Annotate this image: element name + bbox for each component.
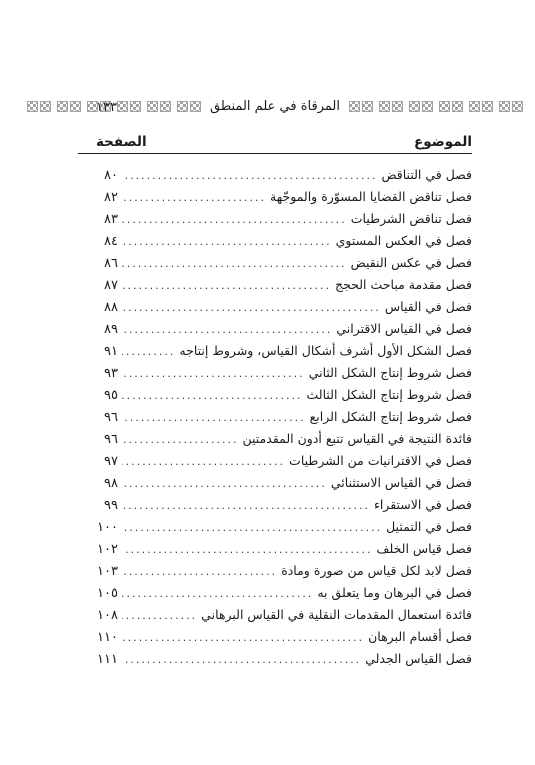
entry-title: فصل في الاستقراء — [374, 494, 472, 515]
entry-title: فصل في القياس الاستثنائي — [331, 472, 472, 493]
toc-entry: فصل شروط إنتاج الشكل الرابع.............… — [78, 406, 472, 428]
entry-page-number: ٨٢ — [78, 187, 118, 208]
entry-title: فائدة استعمال المقدمات النقلية في القياس… — [201, 604, 472, 625]
checkered-square-ornament-icon — [482, 101, 493, 112]
checkered-square-ornament-icon — [499, 101, 510, 112]
masthead: ١٣٣ المرقاة في علم المنطق — [78, 97, 472, 121]
toc-entry: فصل في التمثيل..........................… — [78, 516, 472, 538]
entry-title: فصل تناقض الشرطيات — [351, 208, 472, 229]
dot-leader: ........................................… — [122, 165, 377, 186]
toc-entry: فصل تناقض الشرطيات......................… — [78, 208, 472, 230]
entry-page-number: ٩٨ — [78, 473, 118, 494]
entry-page-number: ٩٩ — [78, 495, 118, 516]
checkered-square-ornament-icon — [117, 101, 128, 112]
checkered-square-ornament-icon — [452, 101, 463, 112]
checkered-square-ornament-icon — [130, 101, 141, 112]
toc-entry: فصل في التناقض..........................… — [78, 164, 472, 186]
entry-page-number: ١٠٢ — [78, 539, 118, 560]
dot-leader: ........................................… — [122, 473, 327, 494]
checkered-square-ornament-icon — [422, 101, 433, 112]
dot-leader: ........................................… — [122, 341, 175, 362]
entry-title: فائدة النتيجة في القياس تتبع أدون المقدم… — [243, 428, 473, 449]
entry-page-number: ١٠٨ — [78, 605, 118, 626]
dot-leader: ........................................… — [122, 297, 381, 318]
dot-leader: ........................................… — [122, 627, 364, 648]
checkered-square-ornament-icon — [27, 101, 38, 112]
dot-leader: ........................................… — [122, 649, 361, 670]
title-band: المرقاة في علم المنطق — [78, 97, 472, 114]
entry-page-number: ٨٣ — [78, 209, 118, 230]
entry-title: فصل في البرهان وما يتعلق به — [317, 582, 472, 603]
checkered-square-ornament-icon — [512, 101, 523, 112]
entry-page-number: ١٠٠ — [78, 517, 118, 538]
checkered-square-ornament-icon — [177, 101, 188, 112]
page-content: ١٣٣ المرقاة في علم المنطق الموضوع الصفحة… — [78, 97, 472, 670]
entry-page-number: ٩٣ — [78, 363, 118, 384]
entry-title: فصل أقسام البرهان — [368, 626, 472, 647]
checkered-square-ornament-icon — [379, 101, 390, 112]
dot-leader: ........................................… — [122, 495, 370, 516]
toc-entry: فصل في البرهان وما يتعلق به.............… — [78, 582, 472, 604]
entry-title: فصل في العكس المستوي — [336, 230, 472, 251]
toc-entry: فصل أقسام البرهان.......................… — [78, 626, 472, 648]
entry-page-number: ٩٦ — [78, 407, 118, 428]
checkered-square-ornament-icon — [190, 101, 201, 112]
entry-page-number: ٩٥ — [78, 385, 118, 406]
entry-title: فصل مقدمة مباحث الحجج — [335, 274, 472, 295]
dot-leader: ........................................… — [122, 429, 239, 450]
dot-leader: ........................................… — [122, 385, 303, 406]
toc-entry: فصل في الاستقراء........................… — [78, 494, 472, 516]
toc-entry: فائدة النتيجة في القياس تتبع أدون المقدم… — [78, 428, 472, 450]
toc-entry: فصل قياس الخلف..........................… — [78, 538, 472, 560]
toc-column-header: الموضوع الصفحة — [78, 134, 472, 154]
toc-entry: فائدة استعمال المقدمات النقلية في القياس… — [78, 604, 472, 626]
entry-title: فصل الشكل الأول أشرف أشكال القياس، وشروط… — [179, 340, 472, 361]
book-toc-page: ١٣٣ المرقاة في علم المنطق الموضوع الصفحة… — [0, 0, 535, 765]
dot-leader: ........................................… — [122, 605, 197, 626]
checkered-square-ornament-icon — [147, 101, 158, 112]
checkered-square-ornament-icon — [40, 101, 51, 112]
entry-title: فصل في التناقض — [381, 164, 472, 185]
subject-column-label: الموضوع — [414, 134, 472, 150]
folio-page-number: ١٣٣ — [96, 100, 117, 115]
entry-title: فصل شروط إنتاج الشكل الثالث — [307, 384, 473, 405]
entry-page-number: ٨٦ — [78, 253, 118, 274]
toc-entry: فصل الشكل الأول أشرف أشكال القياس، وشروط… — [78, 340, 472, 362]
toc-entry: فصل في القياس الاقتراني.................… — [78, 318, 472, 340]
dot-leader: ........................................… — [122, 583, 313, 604]
entry-page-number: ٨٩ — [78, 319, 118, 340]
entry-page-number: ٨٠ — [78, 165, 118, 186]
dot-leader: ........................................… — [122, 517, 382, 538]
toc-entry: فصل في العكس المستوي....................… — [78, 230, 472, 252]
entry-title: فصل لابد لكل قياس من صورة ومادة — [281, 560, 472, 581]
toc-entry: فصل في عكس النقيض.......................… — [78, 252, 472, 274]
entry-page-number: ٩٧ — [78, 451, 118, 472]
dot-leader: ........................................… — [122, 451, 285, 472]
dot-leader: ........................................… — [122, 209, 347, 230]
dot-leader: ........................................… — [122, 407, 306, 428]
dot-leader: ........................................… — [122, 231, 332, 252]
entry-page-number: ١١١ — [78, 649, 118, 670]
entry-page-number: ٨٤ — [78, 231, 118, 252]
checkered-square-ornament-icon — [160, 101, 171, 112]
toc-entry: فصل في الاقترانيات من الشرطيات..........… — [78, 450, 472, 472]
entry-page-number: ٩١ — [78, 341, 118, 362]
dot-leader: ........................................… — [122, 319, 332, 340]
checkered-square-ornament-icon — [469, 101, 480, 112]
entry-page-number: ٨٨ — [78, 297, 118, 318]
entry-title: فصل القياس الجدلي — [365, 648, 472, 669]
toc-entry: فصل في القياس...........................… — [78, 296, 472, 318]
toc-entry: فصل شروط إنتاج الشكل الثاني.............… — [78, 362, 472, 384]
entry-title: فصل في التمثيل — [386, 516, 472, 537]
ornament-group-right — [349, 101, 523, 112]
dot-leader: ........................................… — [122, 539, 373, 560]
toc-entry: فصل مقدمة مباحث الحجج...................… — [78, 274, 472, 296]
dot-leader: ........................................… — [122, 363, 305, 384]
entry-page-number: ٨٧ — [78, 275, 118, 296]
entry-page-number: ١٠٣ — [78, 561, 118, 582]
entry-page-number: ١٠٥ — [78, 583, 118, 604]
entry-title: فصل شروط إنتاج الشكل الرابع — [310, 406, 472, 427]
page-column-label: الصفحة — [96, 134, 147, 150]
checkered-square-ornament-icon — [439, 101, 450, 112]
entry-title: فصل تناقض القضايا المسوّرة والموجّهة — [270, 186, 472, 207]
dot-leader: ........................................… — [122, 187, 266, 208]
toc-entry: فصل القياس الجدلي.......................… — [78, 648, 472, 670]
dot-leader: ........................................… — [122, 253, 347, 274]
toc-entries: فصل في التناقض..........................… — [78, 164, 472, 670]
entry-title: فصل في القياس — [385, 296, 472, 317]
dot-leader: ........................................… — [122, 561, 277, 582]
checkered-square-ornament-icon — [362, 101, 373, 112]
checkered-square-ornament-icon — [70, 101, 81, 112]
checkered-square-ornament-icon — [409, 101, 420, 112]
toc-entry: فصل في القياس الاستثنائي................… — [78, 472, 472, 494]
entry-page-number: ٩٦ — [78, 429, 118, 450]
checkered-square-ornament-icon — [349, 101, 360, 112]
entry-title: فصل شروط إنتاج الشكل الثاني — [309, 362, 472, 383]
dot-leader: ........................................… — [122, 275, 331, 296]
entry-title: فصل في الاقترانيات من الشرطيات — [289, 450, 472, 471]
checkered-square-ornament-icon — [57, 101, 68, 112]
entry-title: فصل في القياس الاقتراني — [336, 318, 472, 339]
entry-page-number: ١١٠ — [78, 627, 118, 648]
book-title: المرقاة في علم المنطق — [207, 99, 343, 114]
entry-title: فصل في عكس النقيض — [351, 252, 472, 273]
toc-entry: فصل لابد لكل قياس من صورة ومادة.........… — [78, 560, 472, 582]
checkered-square-ornament-icon — [392, 101, 403, 112]
entry-title: فصل قياس الخلف — [377, 538, 472, 559]
toc-entry: فصل شروط إنتاج الشكل الثالث.............… — [78, 384, 472, 406]
toc-entry: فصل تناقض القضايا المسوّرة والموجّهة....… — [78, 186, 472, 208]
